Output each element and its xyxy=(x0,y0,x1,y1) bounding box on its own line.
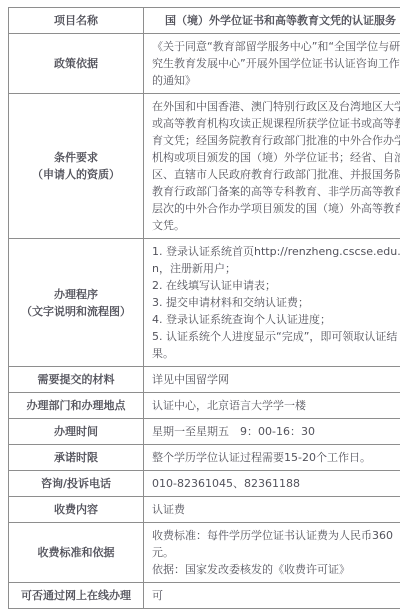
row-fee-standard-basis: 收费标准和依据 收费标准：每件学历学位证书认证费为人民币360元。 依据：国家发… xyxy=(9,523,400,583)
row-label: 办理程序 （文字说明和流程图） xyxy=(9,239,144,367)
row-label: 项目名称 xyxy=(9,8,144,34)
row-label: 承诺时限 xyxy=(9,445,144,471)
row-label: 政策依据 xyxy=(9,34,144,94)
row-value: 认证费 xyxy=(144,497,400,523)
row-value: 国（境）外学位证书和高等教育文凭的认证服务 xyxy=(144,8,400,34)
row-label: 需要提交的材料 xyxy=(9,367,144,393)
row-label: 咨询/投诉电话 xyxy=(9,471,144,497)
row-label: 办理时间 xyxy=(9,419,144,445)
row-label: 收费标准和依据 xyxy=(9,523,144,583)
row-value: 认证中心，北京语言大学学一楼 xyxy=(144,393,400,419)
row-value: 收费标准：每件学历学位证书认证费为人民币360元。 依据：国家发改委核发的《收费… xyxy=(144,523,400,583)
row-label: 条件要求 （申请人的资质） xyxy=(9,94,144,239)
row-value: 在外国和中国香港、澳门特别行政区及台湾地区大学或高等教育机构攻读正规课程所获学位… xyxy=(144,94,400,239)
row-value: 可 xyxy=(144,583,400,609)
row-label: 办理部门和办理地点 xyxy=(9,393,144,419)
row-office-hours: 办理时间 星期一至星期五 9：00-16：30 xyxy=(9,419,400,445)
row-value: 整个学历学位认证过程需要15-20个工作日。 xyxy=(144,445,400,471)
service-info-table: 项目名称 国（境）外学位证书和高等教育文凭的认证服务 政策依据 《关于同意“教育… xyxy=(8,7,400,609)
row-label: 可否通过网上在线办理 xyxy=(9,583,144,609)
row-consult-complaint-phone: 咨询/投诉电话 010-82361045、82361188 xyxy=(9,471,400,497)
document-page: 项目名称 国（境）外学位证书和高等教育文凭的认证服务 政策依据 《关于同意“教育… xyxy=(0,0,400,609)
row-required-materials: 需要提交的材料 详见中国留学网 xyxy=(9,367,400,393)
row-value: 星期一至星期五 9：00-16：30 xyxy=(144,419,400,445)
row-eligibility-requirements: 条件要求 （申请人的资质） 在外国和中国香港、澳门特别行政区及台湾地区大学或高等… xyxy=(9,94,400,239)
row-department-and-location: 办理部门和办理地点 认证中心，北京语言大学学一楼 xyxy=(9,393,400,419)
row-value: 1. 登录认证系统首页http://renzheng.cscse.edu.cn，… xyxy=(144,239,400,367)
row-procedure: 办理程序 （文字说明和流程图） 1. 登录认证系统首页http://renzhe… xyxy=(9,239,400,367)
row-value: 《关于同意“教育部留学服务中心”和“全国学位与研究生教育发展中心”开展外国学位证… xyxy=(144,34,400,94)
row-policy-basis: 政策依据 《关于同意“教育部留学服务中心”和“全国学位与研究生教育发展中心”开展… xyxy=(9,34,400,94)
row-value: 010-82361045、82361188 xyxy=(144,471,400,497)
row-label: 收费内容 xyxy=(9,497,144,523)
row-value: 详见中国留学网 xyxy=(144,367,400,393)
row-promised-time-limit: 承诺时限 整个学历学位认证过程需要15-20个工作日。 xyxy=(9,445,400,471)
row-online-processing: 可否通过网上在线办理 可 xyxy=(9,583,400,609)
row-project-name: 项目名称 国（境）外学位证书和高等教育文凭的认证服务 xyxy=(9,8,400,34)
row-fee-item: 收费内容 认证费 xyxy=(9,497,400,523)
